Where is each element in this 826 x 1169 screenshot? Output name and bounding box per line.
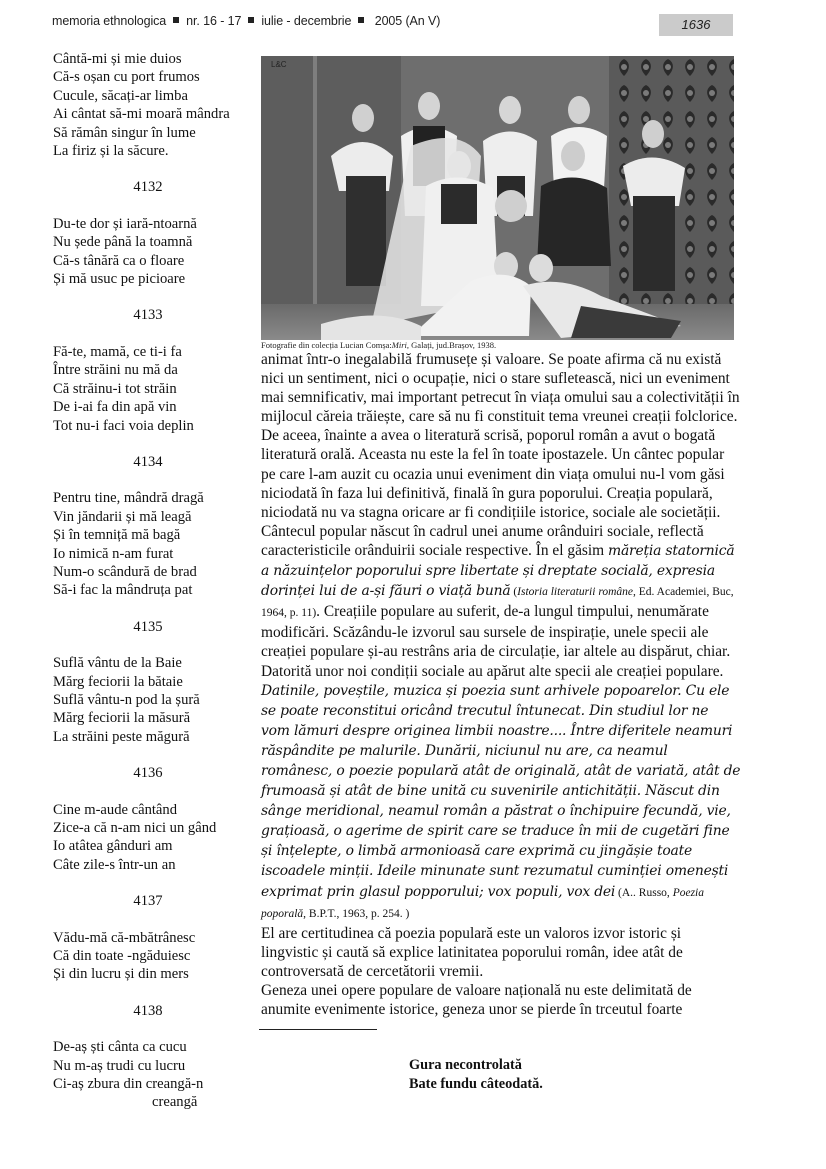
footnote-separator	[259, 1029, 377, 1030]
journal-title: memoria ethnologica	[52, 14, 166, 28]
poem-line: Du-te dor și iară-ntoarnă	[53, 215, 253, 233]
poem-number: 4135	[53, 618, 243, 636]
caption-text: , Galați, jud.Brașov, 1938.	[407, 340, 496, 350]
poem-line: Tot nu-i faci voia deplin	[53, 417, 253, 435]
poem-number: 4136	[53, 764, 243, 782]
article-column: animat într-o inegalabilă frumusețe și v…	[261, 350, 741, 1019]
poem-intro: Cântă-mi și mie duios Că-s oșan cu port …	[53, 50, 253, 160]
poem-line: Cine m-aude cântând	[53, 801, 253, 819]
caption-title: Miri	[392, 340, 407, 350]
poem-4138: 4138 De-aș ști cânta ca cucu Nu m-aș tru…	[53, 1002, 253, 1112]
poem-line-continuation: creangă	[53, 1093, 253, 1111]
poem-line: Zice-a că n-am nici un gând	[53, 819, 253, 837]
poem-line: Că-s oșan cu port frumos	[53, 68, 253, 86]
caption-text: Fotografie din colecția Lucian Comșa:	[261, 340, 392, 350]
poem-line: Cucule, săcați-ar limba	[53, 87, 253, 105]
poem-number: 4138	[53, 1002, 243, 1020]
paragraph-text: animat într-o inegalabilă frumusețe și v…	[261, 351, 740, 559]
poem-line: Și mă usuc pe picioare	[53, 270, 253, 288]
article-paragraph: El are certitudinea că poezia populară e…	[261, 924, 741, 981]
poem-line: Ci-aș zbura din creangă-n	[53, 1075, 253, 1093]
poem-line: Pentru tine, mândră dragă	[53, 489, 253, 507]
photo-illustration	[261, 56, 734, 340]
article-quote: Datinile, poveștile, muzica și poezia su…	[261, 681, 741, 924]
poem-4132: 4132 Du-te dor și iară-ntoarnă Nu șede p…	[53, 178, 253, 288]
page-number: 1636	[659, 14, 733, 36]
poem-number: 4137	[53, 892, 243, 910]
issue-year: 2005 (An V)	[375, 14, 441, 28]
bullet-square-icon	[248, 17, 254, 23]
poem-line: Câte zile-s într-un an	[53, 856, 253, 874]
poem-line: Suflă vântu de la Baie	[53, 654, 253, 672]
quote-text: Datinile, poveștile, muzica și poezia su…	[261, 683, 740, 900]
poem-4134: 4134 Pentru tine, mândră dragă Vin jănda…	[53, 453, 253, 600]
running-header: memoria ethnologicanr. 16 - 17iulie - de…	[52, 14, 440, 28]
poem-line: Vin jăndarii și mă leagă	[53, 508, 253, 526]
poem-4136: 4136 Cine m-aude cântând Zice-a că n-am …	[53, 764, 253, 874]
poem-line: Nu m-aș trudi cu lucru	[53, 1057, 253, 1075]
poem-line: La firiz și la săcure.	[53, 142, 253, 160]
citation-title: Istoria literaturii române	[517, 586, 633, 598]
poem-number: 4134	[53, 453, 243, 471]
photo-caption: Fotografie din colecția Lucian Comșa:Mir…	[261, 340, 496, 350]
poem-line: Suflă vântu-n pod la șură	[53, 691, 253, 709]
issue-number: nr. 16 - 17	[186, 14, 241, 28]
poem-4135: 4135 Suflă vântu de la Baie Mărg feciori…	[53, 618, 253, 746]
poems-column: Cântă-mi și mie duios Că-s oșan cu port …	[53, 50, 253, 1112]
poem-line: La străini peste măgură	[53, 728, 253, 746]
article-paragraph: animat într-o inegalabilă frumusețe și v…	[261, 350, 741, 681]
photo-watermark: L&C	[271, 60, 287, 69]
citation-text: , B.P.T., 1963, p. 254. )	[303, 908, 409, 920]
poem-line: Io nimică n-am furat	[53, 545, 253, 563]
poem-number: 4132	[53, 178, 243, 196]
proverb: Gura necontrolată Bate fundu câteodată.	[409, 1056, 543, 1094]
poem-line: Și în temniță mă bagă	[53, 526, 253, 544]
poem-line: Mărg feciorii la bătaie	[53, 673, 253, 691]
poem-line: Nu șede până la toamnă	[53, 233, 253, 251]
paragraph-text: . Creațiile populare au suferit, de-a lu…	[261, 603, 730, 679]
poem-line: De i-ai fa din apă vin	[53, 398, 253, 416]
poem-line: Că străinu-i tot străin	[53, 380, 253, 398]
poem-line: Fă-te, mamă, ce ti-i fa	[53, 343, 253, 361]
bullet-square-icon	[173, 17, 179, 23]
citation-text: (A.. Russo,	[615, 887, 673, 899]
poem-line: Între străini nu mă da	[53, 361, 253, 379]
poem-line: Mărg feciorii la măsură	[53, 709, 253, 727]
poem-line: Că-s tânără ca o floare	[53, 252, 253, 270]
poem-4137: 4137 Vădu-mă că-mbătrânesc Că din toate …	[53, 892, 253, 984]
poem-line: Io atâtea gânduri am	[53, 837, 253, 855]
proverb-line: Bate fundu câteodată.	[409, 1075, 543, 1094]
article-paragraph: Geneza unei opere populare de valoare na…	[261, 981, 741, 1019]
poem-4133: 4133 Fă-te, mamă, ce ti-i fa Între străi…	[53, 306, 253, 434]
poem-line: Și din lucru și din mers	[53, 965, 253, 983]
poem-line: Să rămân singur în lume	[53, 124, 253, 142]
bullet-square-icon	[358, 17, 364, 23]
poem-line: De-aș ști cânta ca cucu	[53, 1038, 253, 1056]
poem-line: Num-o scândură de brad	[53, 563, 253, 581]
proverb-line: Gura necontrolată	[409, 1056, 543, 1075]
poem-line: Să-i fac la mândruța pat	[53, 581, 253, 599]
issue-period: iulie - decembrie	[261, 14, 351, 28]
poem-line: Că din toate -ngăduiesc	[53, 947, 253, 965]
poem-line: Ai cântat să-mi moară mândra	[53, 105, 253, 123]
poem-line: Vădu-mă că-mbătrânesc	[53, 929, 253, 947]
wedding-photograph: L&C	[261, 56, 734, 340]
poem-line: Cântă-mi și mie duios	[53, 50, 253, 68]
poem-number: 4133	[53, 306, 243, 324]
